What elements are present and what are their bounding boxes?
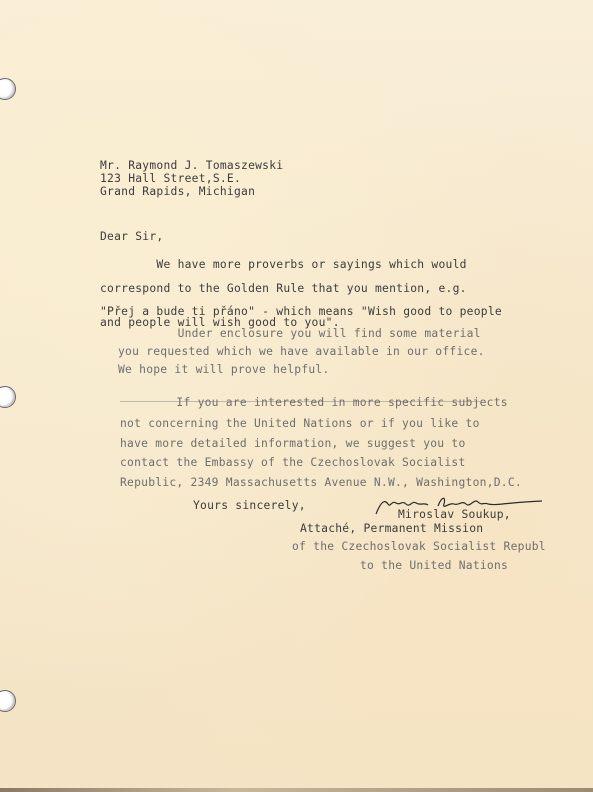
body-line: If you are interested in more specific s…: [120, 397, 508, 409]
recipient-street: 123 Hall Street,S.E.: [100, 173, 241, 185]
body-line: contact the Embassy of the Czechoslovak …: [120, 457, 466, 469]
page-bottom-edge: [0, 788, 593, 792]
title-line: of the Czechoslovak Socialist Republ: [292, 541, 546, 553]
recipient-name: Mr. Raymond J. Tomaszewski: [100, 160, 283, 172]
body-line: We have more proverbs or sayings which w…: [100, 259, 467, 271]
body-line: have more detailed information, we sugge…: [120, 438, 466, 450]
closing: Yours sincerely,: [193, 500, 306, 512]
body-line: correspond to the Golden Rule that you m…: [100, 283, 467, 295]
body-line: not concerning the United Nations or if …: [120, 418, 480, 430]
title-line: to the United Nations: [360, 560, 508, 572]
body-line: you requested which we have available in…: [118, 346, 485, 358]
title-line: Attaché, Permanent Mission: [300, 523, 483, 535]
punch-hole-bottom: [0, 690, 16, 712]
salutation: Dear Sir,: [100, 231, 163, 243]
body-line: Under enclosure you will find some mater…: [100, 328, 481, 340]
body-line: We hope it will prove helpful.: [118, 364, 330, 376]
letter-page: Mr. Raymond J. Tomaszewski 123 Hall Stre…: [0, 0, 593, 792]
punch-hole-middle: [0, 386, 16, 408]
body-line: Republic, 2349 Massachusetts Avenue N.W.…: [120, 477, 522, 489]
recipient-city: Grand Rapids, Michigan: [100, 186, 255, 198]
signatory-name: Miroslav Soukup,: [398, 509, 511, 521]
punch-hole-top: [0, 78, 16, 100]
